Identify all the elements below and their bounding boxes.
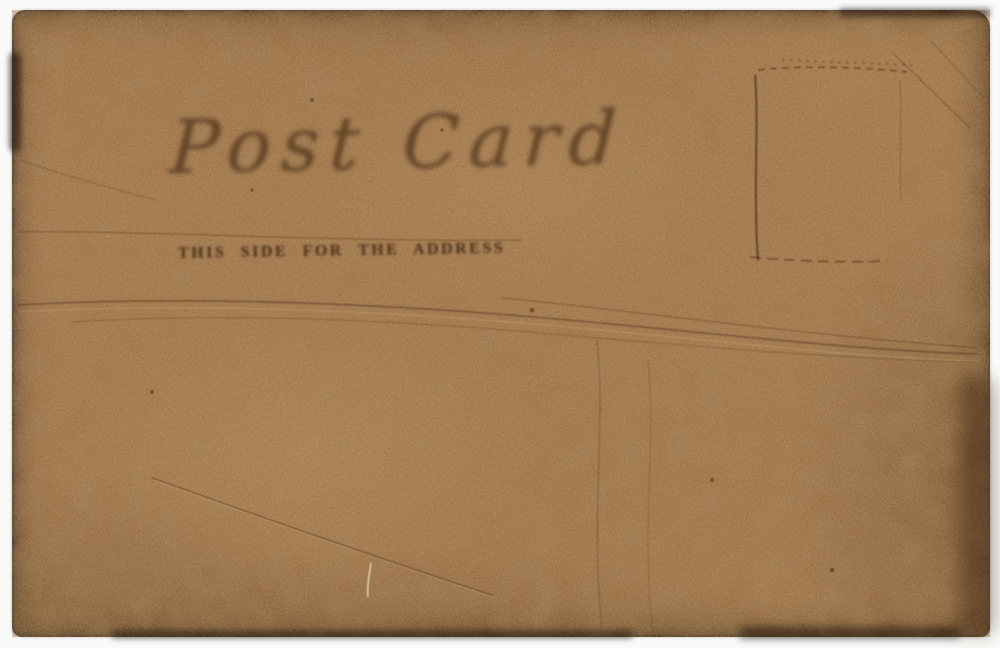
stamp-box-right-line [900, 80, 901, 202]
leather-postcard: Post Card THIS SIDE FOR THE ADDRESS [12, 10, 990, 637]
scan-background: Post Card THIS SIDE FOR THE ADDRESS [0, 0, 1000, 648]
leather-fleck-layer [12, 10, 990, 637]
leather-texture-svg [12, 10, 990, 637]
